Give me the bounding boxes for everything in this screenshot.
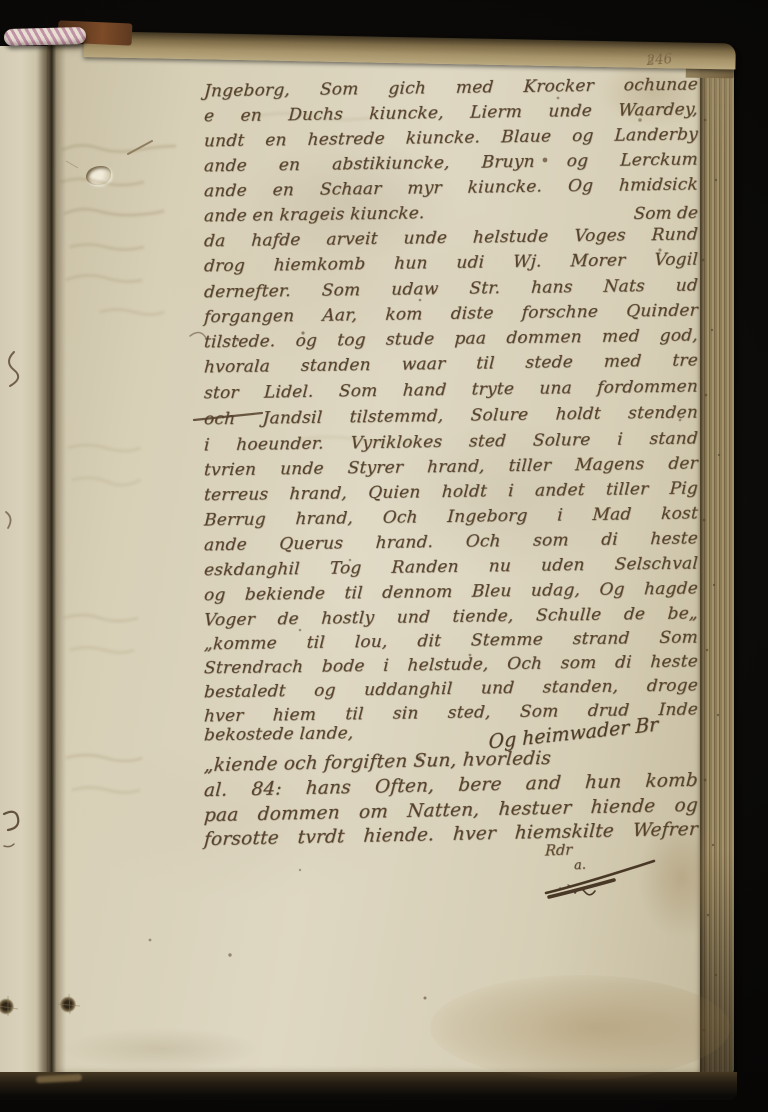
amount-abbreviation: Rdr bbox=[545, 840, 573, 863]
endband bbox=[4, 27, 86, 46]
worm-hole bbox=[60, 996, 76, 1013]
manuscript-photograph: 246b Jngeborg, Som gich med Krocker ochu… bbox=[0, 0, 768, 1112]
page-number-mark: b bbox=[647, 52, 655, 68]
flourish-letter: a. bbox=[573, 855, 586, 878]
stain-bottom-left bbox=[60, 1028, 260, 1070]
stain-bottom-right bbox=[430, 975, 730, 1080]
handwritten-fragment: Som de bbox=[591, 202, 698, 226]
binding-gutter bbox=[36, 44, 66, 1076]
